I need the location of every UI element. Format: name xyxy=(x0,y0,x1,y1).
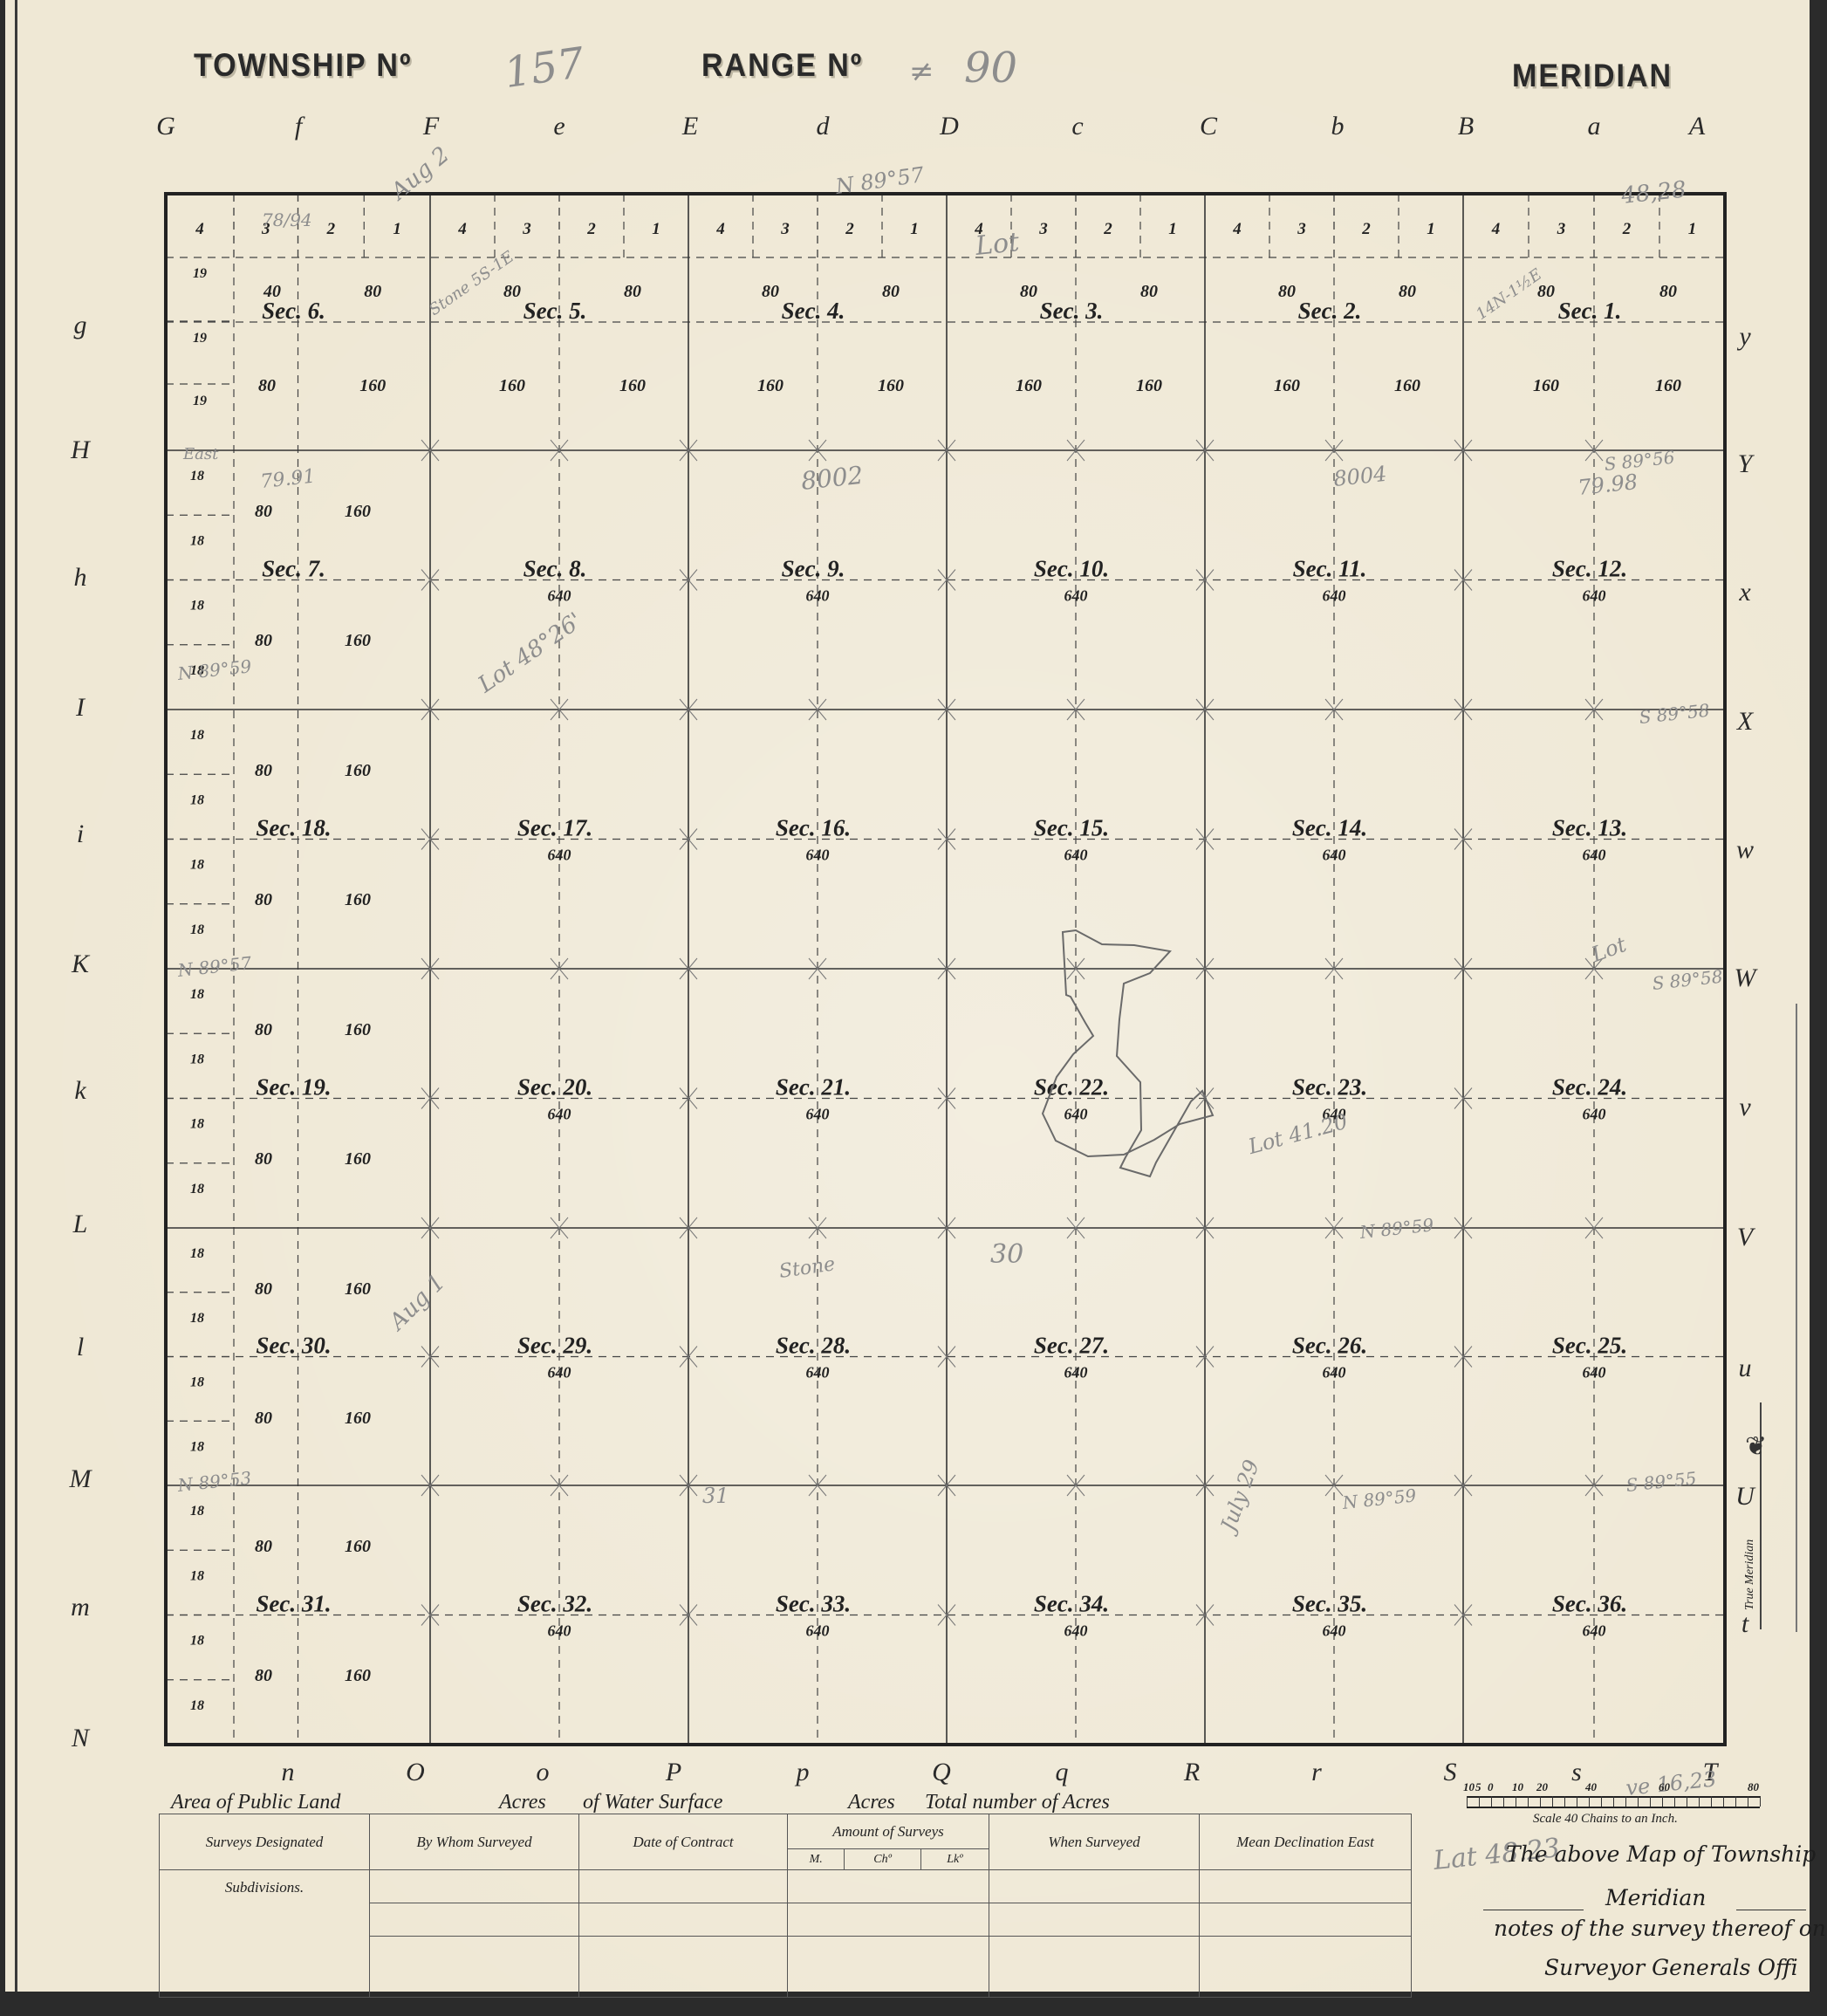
section-label: Sec. 3. xyxy=(1040,298,1104,324)
section-acreage: 640 xyxy=(1064,1364,1088,1382)
section-acreage: 640 xyxy=(548,1364,571,1382)
section-label: Sec. 5. xyxy=(523,298,587,324)
lot-number: 1 xyxy=(910,220,919,238)
north_row.sec6_west_lots.1: 19 xyxy=(193,331,207,346)
section-acreage: 640 xyxy=(1323,587,1346,605)
section-label: Sec. 18. xyxy=(256,815,331,841)
section-acreage: 640 xyxy=(806,1364,830,1382)
lot-number: 2 xyxy=(326,220,336,238)
section-acreage: 640 xyxy=(1323,1622,1346,1640)
pencil-annotation: East xyxy=(183,445,218,463)
west_column.lot_numbers.3: 18 xyxy=(190,1439,204,1454)
cert-line-4: Surveyor Generals Offi xyxy=(1544,1955,1798,1980)
scale-tick xyxy=(1516,1796,1516,1807)
acreage: 80 xyxy=(364,282,381,301)
lot-number: 4 xyxy=(715,220,725,238)
lot-number: 2 xyxy=(845,220,854,238)
water-surface-label: of Water Surface xyxy=(583,1791,722,1814)
scale-tick xyxy=(1528,1796,1529,1807)
lot-number: 4 xyxy=(457,220,467,238)
acreage: 160 xyxy=(1016,376,1042,395)
pencil-annotation: 31 xyxy=(702,1484,729,1508)
acreage: 80 xyxy=(255,890,272,909)
west_column.lot_numbers.3: 18 xyxy=(190,1698,204,1713)
scale-tick-label: 80 xyxy=(1748,1780,1759,1794)
scale-tick xyxy=(1540,1796,1541,1807)
scale-tick-label: 10 xyxy=(1512,1780,1523,1794)
scale-tick xyxy=(1564,1796,1565,1807)
acreage: 80 xyxy=(1020,282,1037,301)
acreage: 160 xyxy=(1655,376,1681,395)
scale-tick-label: 0 xyxy=(1488,1780,1494,1794)
section-acreage: 640 xyxy=(1583,1622,1606,1640)
acreage: 160 xyxy=(345,1279,371,1299)
true-meridian-label: True Meridian xyxy=(1743,1539,1757,1610)
acreage: 80 xyxy=(255,1279,272,1299)
scale-tick xyxy=(1479,1796,1480,1807)
acreage: 80 xyxy=(255,1020,272,1039)
acreage: 160 xyxy=(878,376,904,395)
scale-tick xyxy=(1662,1796,1663,1807)
cert-line-1: The above Map of Township xyxy=(1506,1841,1816,1867)
acreage: 80 xyxy=(503,282,521,301)
col-when-surveyed: When Surveyed xyxy=(989,1814,1200,1870)
section-acreage: 640 xyxy=(548,1106,571,1123)
west_column.lot_numbers.0: 18 xyxy=(190,728,204,743)
section-label: Sec. 6. xyxy=(262,298,325,324)
acreage: 80 xyxy=(258,376,276,395)
acreage: 160 xyxy=(1533,376,1559,395)
acreage: 80 xyxy=(1537,282,1555,301)
section-label: Sec. 23. xyxy=(1292,1074,1367,1101)
section-acreage: 640 xyxy=(548,847,571,864)
lot-number: 2 xyxy=(1361,220,1371,238)
scale-tick xyxy=(1552,1796,1553,1807)
section-label: Sec. 28. xyxy=(776,1333,851,1359)
cell[interactable] xyxy=(579,1870,788,1903)
section-label: Sec. 32. xyxy=(517,1591,592,1617)
section-label: Sec. 29. xyxy=(517,1333,592,1359)
lot-number: 3 xyxy=(1038,220,1048,238)
lot-number: 2 xyxy=(586,220,596,238)
subcol-miles: M. xyxy=(788,1849,845,1870)
acreage: 160 xyxy=(345,1149,371,1169)
cell[interactable] xyxy=(788,1937,989,1998)
acreage: 160 xyxy=(345,631,371,650)
lot-number: 1 xyxy=(1688,220,1697,238)
col-mean-declination: Mean Declination East xyxy=(1200,1814,1412,1870)
section-acreage: 640 xyxy=(1323,847,1346,864)
cell[interactable] xyxy=(1200,1937,1412,1998)
section-acreage: 640 xyxy=(806,1106,830,1123)
cell[interactable] xyxy=(1200,1903,1412,1937)
lot-number: 1 xyxy=(1427,220,1435,238)
acreage: 80 xyxy=(255,761,272,780)
west_column.lot_numbers.1: 18 xyxy=(190,1311,204,1326)
scale-tick xyxy=(1674,1796,1675,1807)
acreage: 160 xyxy=(345,1020,371,1039)
col-by-whom-surveyed: By Whom Surveyed xyxy=(370,1814,579,1870)
section-label: Sec. 2. xyxy=(1298,298,1362,324)
lot-number: 2 xyxy=(1103,220,1112,238)
lot-number: 4 xyxy=(1491,220,1501,238)
section-label: Sec. 21. xyxy=(776,1074,851,1101)
west_column.lot_numbers.0: 18 xyxy=(190,987,204,1002)
acreage: 160 xyxy=(1136,376,1162,395)
scale-tick-label: 5 xyxy=(1475,1780,1481,1794)
lot-number: 1 xyxy=(393,220,401,238)
lot-number: 4 xyxy=(1232,220,1242,238)
section-label: Sec. 8. xyxy=(523,556,587,582)
acreage: 80 xyxy=(1140,282,1158,301)
meridian-flourish-icon: ❦ xyxy=(1745,1431,1767,1462)
acreage: 80 xyxy=(762,282,779,301)
west_column.lot_numbers.0: 18 xyxy=(190,1504,204,1519)
scale-tick xyxy=(1711,1796,1712,1807)
cert-blank-2[interactable] xyxy=(1736,1910,1806,1910)
survey-record-table: Surveys Designated By Whom Surveyed Date… xyxy=(159,1814,1412,1998)
subcol-links: Lkº xyxy=(920,1849,989,1870)
west_column.lot_numbers.1: 18 xyxy=(190,533,204,548)
cell[interactable] xyxy=(989,1870,1200,1903)
scale-tick xyxy=(1625,1796,1626,1807)
scale-tick xyxy=(1748,1796,1748,1807)
section-acreage: 640 xyxy=(1583,847,1606,864)
scale-tick xyxy=(1577,1796,1577,1807)
lot-number: 2 xyxy=(1622,220,1632,238)
acreage: 160 xyxy=(619,376,646,395)
acreage: 160 xyxy=(345,761,371,780)
section-label: Sec. 25. xyxy=(1552,1333,1627,1359)
section-label: Sec. 4. xyxy=(782,298,845,324)
scale-bar: 10501020406080 xyxy=(1467,1780,1760,1810)
section-label: Sec. 35. xyxy=(1292,1591,1367,1617)
scale-tick xyxy=(1503,1796,1504,1807)
west_column.lot_numbers.2: 18 xyxy=(190,858,204,873)
total-acres-label: Total number of Acres xyxy=(925,1791,1110,1814)
acreage: 80 xyxy=(255,1409,272,1428)
section-label: Sec. 10. xyxy=(1034,556,1109,582)
acreage: 160 xyxy=(1274,376,1300,395)
section-acreage: 640 xyxy=(1323,1364,1346,1382)
section-label: Sec. 14. xyxy=(1292,815,1367,841)
cell[interactable] xyxy=(989,1903,1200,1937)
acreage: 160 xyxy=(499,376,525,395)
cert-line-2: Meridian xyxy=(1605,1885,1706,1910)
section-label: Sec. 16. xyxy=(776,815,851,841)
section-label: Sec. 11. xyxy=(1293,556,1367,582)
section-label: Sec. 31. xyxy=(256,1591,331,1617)
west_column.lot_numbers.2: 18 xyxy=(190,1117,204,1132)
acreage: 160 xyxy=(345,502,371,521)
acreage: 80 xyxy=(624,282,641,301)
section-label: Sec. 36. xyxy=(1552,1591,1627,1617)
section-label: Sec. 15. xyxy=(1034,815,1109,841)
acreage: 80 xyxy=(1399,282,1416,301)
west_column.lot_numbers.1: 18 xyxy=(190,1052,204,1066)
section-acreage: 640 xyxy=(806,587,830,605)
section-label: Sec. 24. xyxy=(1552,1074,1627,1101)
acreage: 160 xyxy=(345,890,371,909)
section-label: Sec. 26. xyxy=(1292,1333,1367,1359)
scale-tick xyxy=(1735,1796,1736,1807)
section-acreage: 640 xyxy=(806,1622,830,1640)
north_row.sec6_west_lots.2: 19 xyxy=(193,394,207,408)
cert-line-3: notes of the survey thereof on f xyxy=(1494,1916,1827,1941)
section-acreage: 640 xyxy=(1583,1106,1606,1123)
col-amount-of-surveys: Amount of Surveys xyxy=(788,1814,989,1849)
section-label: Sec. 19. xyxy=(256,1074,331,1101)
section-label: Sec. 7. xyxy=(262,556,325,582)
cert-blank-1[interactable] xyxy=(1483,1910,1584,1910)
acres-label-2: Acres xyxy=(848,1791,895,1814)
section-acreage: 640 xyxy=(1064,847,1088,864)
area-public-land-label: Area of Public Land xyxy=(171,1791,340,1814)
scale-tick xyxy=(1650,1796,1651,1807)
pencil-annotation: Lot xyxy=(974,227,1020,262)
section-label: Sec. 22. xyxy=(1034,1074,1109,1101)
section-acreage: 640 xyxy=(1583,587,1606,605)
section-label: Sec. 13. xyxy=(1552,815,1627,841)
right-margin-line xyxy=(1796,1004,1797,1632)
scale-tick xyxy=(1467,1796,1468,1807)
lot-number: 3 xyxy=(1297,220,1306,238)
west_column.lot_numbers.3: 18 xyxy=(190,1182,204,1197)
scale-tick xyxy=(1601,1796,1602,1807)
cell[interactable] xyxy=(579,1903,788,1937)
acreage: 80 xyxy=(255,1149,272,1169)
west_column.lot_numbers.2: 18 xyxy=(190,1375,204,1390)
section-acreage: 640 xyxy=(1064,587,1088,605)
row-subdivisions: Subdivisions. xyxy=(160,1870,370,1998)
acreage: 160 xyxy=(757,376,783,395)
section-acreage: 640 xyxy=(806,847,830,864)
col-date-of-contract: Date of Contract xyxy=(579,1814,788,1870)
lot-number: 1 xyxy=(1168,220,1177,238)
acreage: 80 xyxy=(255,502,272,521)
cell[interactable] xyxy=(788,1903,989,1937)
section-label: Sec. 17. xyxy=(517,815,592,841)
acreage: 80 xyxy=(255,1537,272,1556)
cell[interactable] xyxy=(579,1937,788,1998)
west_column.lot_numbers.2: 18 xyxy=(190,599,204,614)
west_column.lot_numbers.1: 18 xyxy=(190,1568,204,1583)
north_row.sec6_west_lots.0: 19 xyxy=(193,266,207,281)
west_column.lot_numbers.3: 18 xyxy=(190,922,204,937)
section-label: Sec. 30. xyxy=(256,1333,331,1359)
scale-tick xyxy=(1760,1796,1761,1807)
scale-tick xyxy=(1723,1796,1724,1807)
scale-tick xyxy=(1699,1796,1700,1807)
scale-tick-label: 40 xyxy=(1585,1780,1597,1794)
cell[interactable] xyxy=(1200,1870,1412,1903)
scale-tick xyxy=(1613,1796,1614,1807)
west_column.lot_numbers.1: 18 xyxy=(190,792,204,807)
section-acreage: 640 xyxy=(1064,1106,1088,1123)
scale-bar-track xyxy=(1467,1796,1760,1808)
section-acreage: 640 xyxy=(1583,1364,1606,1382)
col-surveys-designated: Surveys Designated xyxy=(160,1814,370,1870)
cell[interactable] xyxy=(370,1937,579,1998)
west_column.lot_numbers.2: 18 xyxy=(190,1634,204,1649)
lot-number: 3 xyxy=(1557,220,1566,238)
scale-tick-label: 60 xyxy=(1659,1780,1670,1794)
cell[interactable] xyxy=(370,1870,579,1903)
pencil-annotation: 78/94 xyxy=(262,209,312,230)
acres-label-1: Acres xyxy=(499,1791,546,1814)
section-label: Sec. 9. xyxy=(782,556,845,582)
acreage: 80 xyxy=(255,631,272,650)
subcol-chains: Chº xyxy=(845,1849,921,1870)
scale-tick xyxy=(1638,1796,1639,1807)
acreage: 160 xyxy=(345,1409,371,1428)
section-label: Sec. 27. xyxy=(1034,1333,1109,1359)
acreage: 160 xyxy=(1394,376,1420,395)
acreage: 80 xyxy=(255,1666,272,1685)
lot-number: 4 xyxy=(195,220,204,238)
cell[interactable] xyxy=(370,1903,579,1937)
township-grid: 4321432143214321432143211919191818181818… xyxy=(0,0,1827,2016)
cell[interactable] xyxy=(788,1870,989,1903)
section-label: Sec. 33. xyxy=(776,1591,851,1617)
acreage: 160 xyxy=(359,376,386,395)
section-label: Sec. 20. xyxy=(517,1074,592,1101)
scale-tick xyxy=(1687,1796,1687,1807)
acreage: 80 xyxy=(882,282,900,301)
cell[interactable] xyxy=(989,1937,1200,1998)
lake-outline xyxy=(1043,930,1213,1176)
scale-tick-label: 10 xyxy=(1463,1780,1475,1794)
west_column.lot_numbers.0: 18 xyxy=(190,1246,204,1261)
acreage: 160 xyxy=(345,1666,371,1685)
acreage: 80 xyxy=(1659,282,1677,301)
section-acreage: 640 xyxy=(548,1622,571,1640)
lot-number: 3 xyxy=(522,220,531,238)
section-label: Sec. 34. xyxy=(1034,1591,1109,1617)
scale-caption: Scale 40 Chains to an Inch. xyxy=(1533,1812,1678,1827)
section-label: Sec. 12. xyxy=(1552,556,1627,582)
lot-number: 1 xyxy=(652,220,660,238)
scale-tick-label: 20 xyxy=(1536,1780,1548,1794)
lot-number: 3 xyxy=(780,220,790,238)
acreage: 80 xyxy=(1278,282,1296,301)
section-label: Sec. 1. xyxy=(1558,298,1622,324)
section-acreage: 640 xyxy=(1064,1622,1088,1640)
acreage: 160 xyxy=(345,1537,371,1556)
west_column.lot_numbers.0: 18 xyxy=(190,469,204,483)
section-acreage: 640 xyxy=(548,587,571,605)
pencil-annotation: 30 xyxy=(990,1239,1023,1270)
scale-tick xyxy=(1491,1796,1492,1807)
scale-tick xyxy=(1589,1796,1590,1807)
